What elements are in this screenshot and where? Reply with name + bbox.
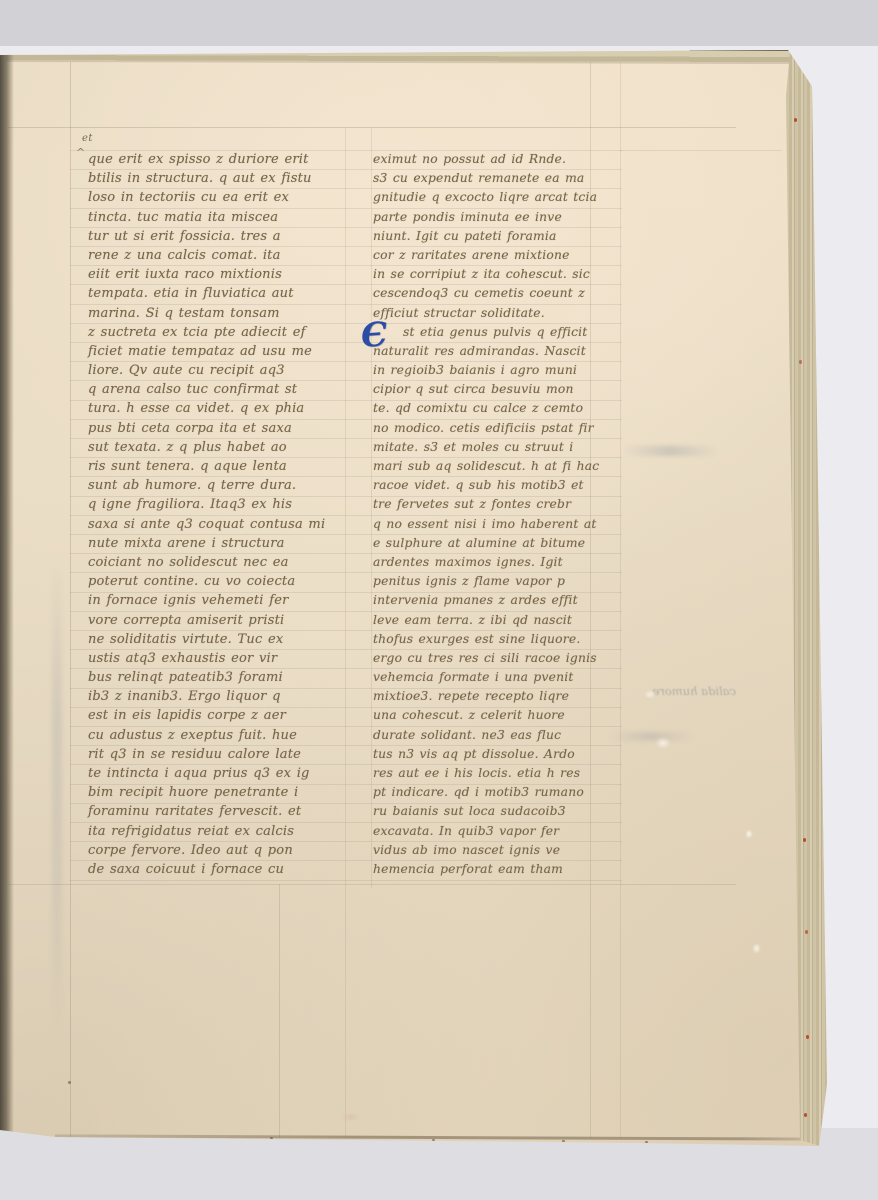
manuscript-text-line: leve eam terra. z ibi qd nascit [373,611,601,630]
manuscript-text-line: res aut ee i his locis. etia h res [373,764,601,783]
fore-edge-red-speck [799,360,802,364]
parchment-stain [150,1000,176,1014]
manuscript-text-line: de saxa coicuut i fornace cu [88,860,350,879]
text-column-right: eximut no possut ad id Rnde.s3 cu expend… [373,150,601,879]
manuscript-text-line: gnitudie q excocto liqre arcat tcia [373,188,601,207]
manuscript-text-line: in regioib3 baianis i agro muni [373,361,601,380]
manuscript-text-line: te intincta i aqua prius q3 ex ig [88,764,350,783]
manuscript-text-line: niunt. Igit cu pateti foramia [373,227,601,246]
fore-edge-red-speck [805,930,808,934]
manuscript-text-line: saxa si ante q3 coquat contusa mi [88,515,350,534]
manuscript-text-line: racoe videt. q sub his motib3 et [373,476,601,495]
manuscript-text-line: no modico. cetis edificiis pstat fir [373,419,601,438]
manuscript-text-line: parte pondis iminuta ee inve [373,208,601,227]
parchment-stain [745,829,753,839]
ruling-line [8,127,736,128]
manuscript-text-line: durate solidant. ne3 eas fluc [373,726,601,745]
manuscript-text-line: poterut contine. cu vo coiecta [88,572,350,591]
ruling-line [70,62,71,1138]
fore-edge-red-speck [794,118,797,122]
manuscript-text-line: q arena calso tuc confirmat st [88,380,350,399]
edge-fleck [432,1139,435,1141]
manuscript-text-line: cipior q sut circa besuviu mon [373,380,601,399]
manuscript-text-line: ris sunt tenera. q aque lenta [88,457,350,476]
ruling-line [620,150,782,151]
manuscript-text-line: e sulphure at alumine at bitume [373,534,601,553]
ruling-line [8,884,736,885]
manuscript-text-line: mari sub aq solidescut. h at fi hac [373,457,601,476]
manuscript-text-line: cu adustus z exeptus fuit. hue [88,726,350,745]
show-through-smudge [622,446,718,456]
manuscript-text-line: una cohescut. z celerit huore [373,706,601,725]
manuscript-text-line: hemencia perforat eam tham [373,860,601,879]
manuscript-text-line: eximut no possut ad id Rnde. [373,150,601,169]
manuscript-photo: et ^ que erit ex spisso z duriore eritbt… [0,0,878,1200]
page-top-edge [6,47,800,64]
manuscript-text-line: z suctreta ex tcia pte adiecit ef [88,323,350,342]
manuscript-text-line: st etia genus pulvis q efficit [373,323,601,342]
manuscript-text-line: cescendoq3 cu cemetis coeunt z [373,284,601,303]
manuscript-text-line: corpe fervore. Ideo aut q pon [88,841,350,860]
fore-edge-red-speck [806,1035,809,1039]
manuscript-text-line: vore correpta amiserit pristi [88,611,350,630]
manuscript-text-line: ergo cu tres res ci sili racoe ignis [373,649,601,668]
manuscript-text-line: liore. Qv aute cu recipit aq3 [88,361,350,380]
manuscript-text-line: btilis in structura. q aut ex fistu [88,169,350,188]
manuscript-text-line: te. qd comixtu cu calce z cemto [373,399,601,418]
manuscript-text-line: coiciant no solidescut nec ea [88,553,350,572]
manuscript-text-line: vidus ab imo nascet ignis ve [373,841,601,860]
show-through-text: calida humore [606,684,736,698]
manuscript-text-line: nute mixta arene i structura [88,534,350,553]
text-ruling-line [70,880,622,881]
manuscript-text-line: tre fervetes sut z fontes crebr [373,495,601,514]
manuscript-text-line: mitate. s3 et moles cu struut i [373,438,601,457]
ink-fleck [68,1081,71,1084]
manuscript-text-line: ib3 z inanib3. Ergo liquor q [88,687,350,706]
manuscript-text-line: tus n3 vis aq pt dissolue. Ardo [373,745,601,764]
manuscript-text-line: ustis atq3 exhaustis eor vir [88,649,350,668]
ruling-line [620,62,621,1138]
manuscript-text-line: penitus ignis z flame vapor p [373,572,601,591]
manuscript-text-line: ita refrigidatus reiat ex calcis [88,822,350,841]
manuscript-text-line: sut texata. z q plus habet ao [88,438,350,457]
manuscript-text-line: eiit erit iuxta raco mixtionis [88,265,350,284]
parchment-stain [644,690,656,699]
ruling-line [371,128,372,888]
manuscript-text-line: ru baianis sut loca sudacoib3 [373,802,601,821]
fore-edge-red-speck [803,838,806,842]
background-top-band [0,0,878,46]
manuscript-text-line: ardentes maximos ignes. Igit [373,553,601,572]
parchment-stain [340,1112,362,1122]
parchment-crease [279,884,280,1138]
manuscript-text-line: foraminu raritates fervescit. et [88,802,350,821]
manuscript-text-line: excavata. In quib3 vapor fer [373,822,601,841]
manuscript-text-line: vehemcia formate i una pvenit [373,668,601,687]
manuscript-text-line: in se corripiut z ita cohescut. sic [373,265,601,284]
manuscript-text-line: que erit ex spisso z duriore erit [88,150,350,169]
manuscript-text-line: rene z una calcis comat. ita [88,246,350,265]
manuscript-text-line: thofus exurges est sine liquore. [373,630,601,649]
manuscript-text-line: loso in tectoriis cu ea erit ex [88,188,350,207]
manuscript-text-line: ne soliditatis virtute. Tuc ex [88,630,350,649]
manuscript-text-line: cor z raritates arene mixtione [373,246,601,265]
manuscript-text-line: est in eis lapidis corpe z aer [88,706,350,725]
text-column-left: que erit ex spisso z duriore eritbtilis … [88,150,350,879]
manuscript-text-line: marina. Si q testam tonsam [88,304,350,323]
interlinear-catchword: et [82,133,93,144]
manuscript-text-line: intervenia pmanes z ardes effit [373,591,601,610]
manuscript-text-line: pus bti ceta corpa ita et saxa [88,419,350,438]
manuscript-text-line: tincta. tuc matia ita miscea [88,208,350,227]
manuscript-text-line: s3 cu expendut remanete ea ma [373,169,601,188]
insertion-caret-mark: ^ [76,146,85,159]
manuscript-text-line: efficiut structar soliditate. [373,304,601,323]
show-through-smudge [52,560,62,1030]
binding-gutter-shadow [0,48,14,1138]
manuscript-text-line: q no essent nisi i imo haberent at [373,515,601,534]
manuscript-text-line: sunt ab humore. q terre dura. [88,476,350,495]
manuscript-text-line: bus relinqt pateatib3 forami [88,668,350,687]
edge-fleck [645,1141,648,1143]
manuscript-text-line: mixtioe3. repete recepto liqre [373,687,601,706]
manuscript-text-line: naturalit res admirandas. Nascit [373,342,601,361]
edge-fleck [270,1137,273,1139]
fore-edge-red-speck [804,1113,807,1117]
manuscript-text-line: ficiet matie tempataz ad usu me [88,342,350,361]
manuscript-text-line: tura. h esse ca videt. q ex phia [88,399,350,418]
manuscript-text-line: q igne fragiliora. Itaq3 ex his [88,495,350,514]
manuscript-text-line: tempata. etia in fluviatica aut [88,284,350,303]
manuscript-text-line: tur ut si erit fossicia. tres a [88,227,350,246]
edge-fleck [562,1140,565,1142]
manuscript-text-line: bim recipit huore penetrante i [88,783,350,802]
parchment-stain [655,737,671,749]
blue-initial-E: Є [360,317,388,352]
manuscript-page: et ^ que erit ex spisso z duriore eritbt… [0,0,878,1200]
parchment-stain [752,943,761,954]
show-through-smudge [608,732,694,741]
manuscript-text-line: in fornace ignis vehemeti fer [88,591,350,610]
manuscript-text-line: rit q3 in se residuu calore late [88,745,350,764]
manuscript-text-line: pt indicare. qd i motib3 rumano [373,783,601,802]
